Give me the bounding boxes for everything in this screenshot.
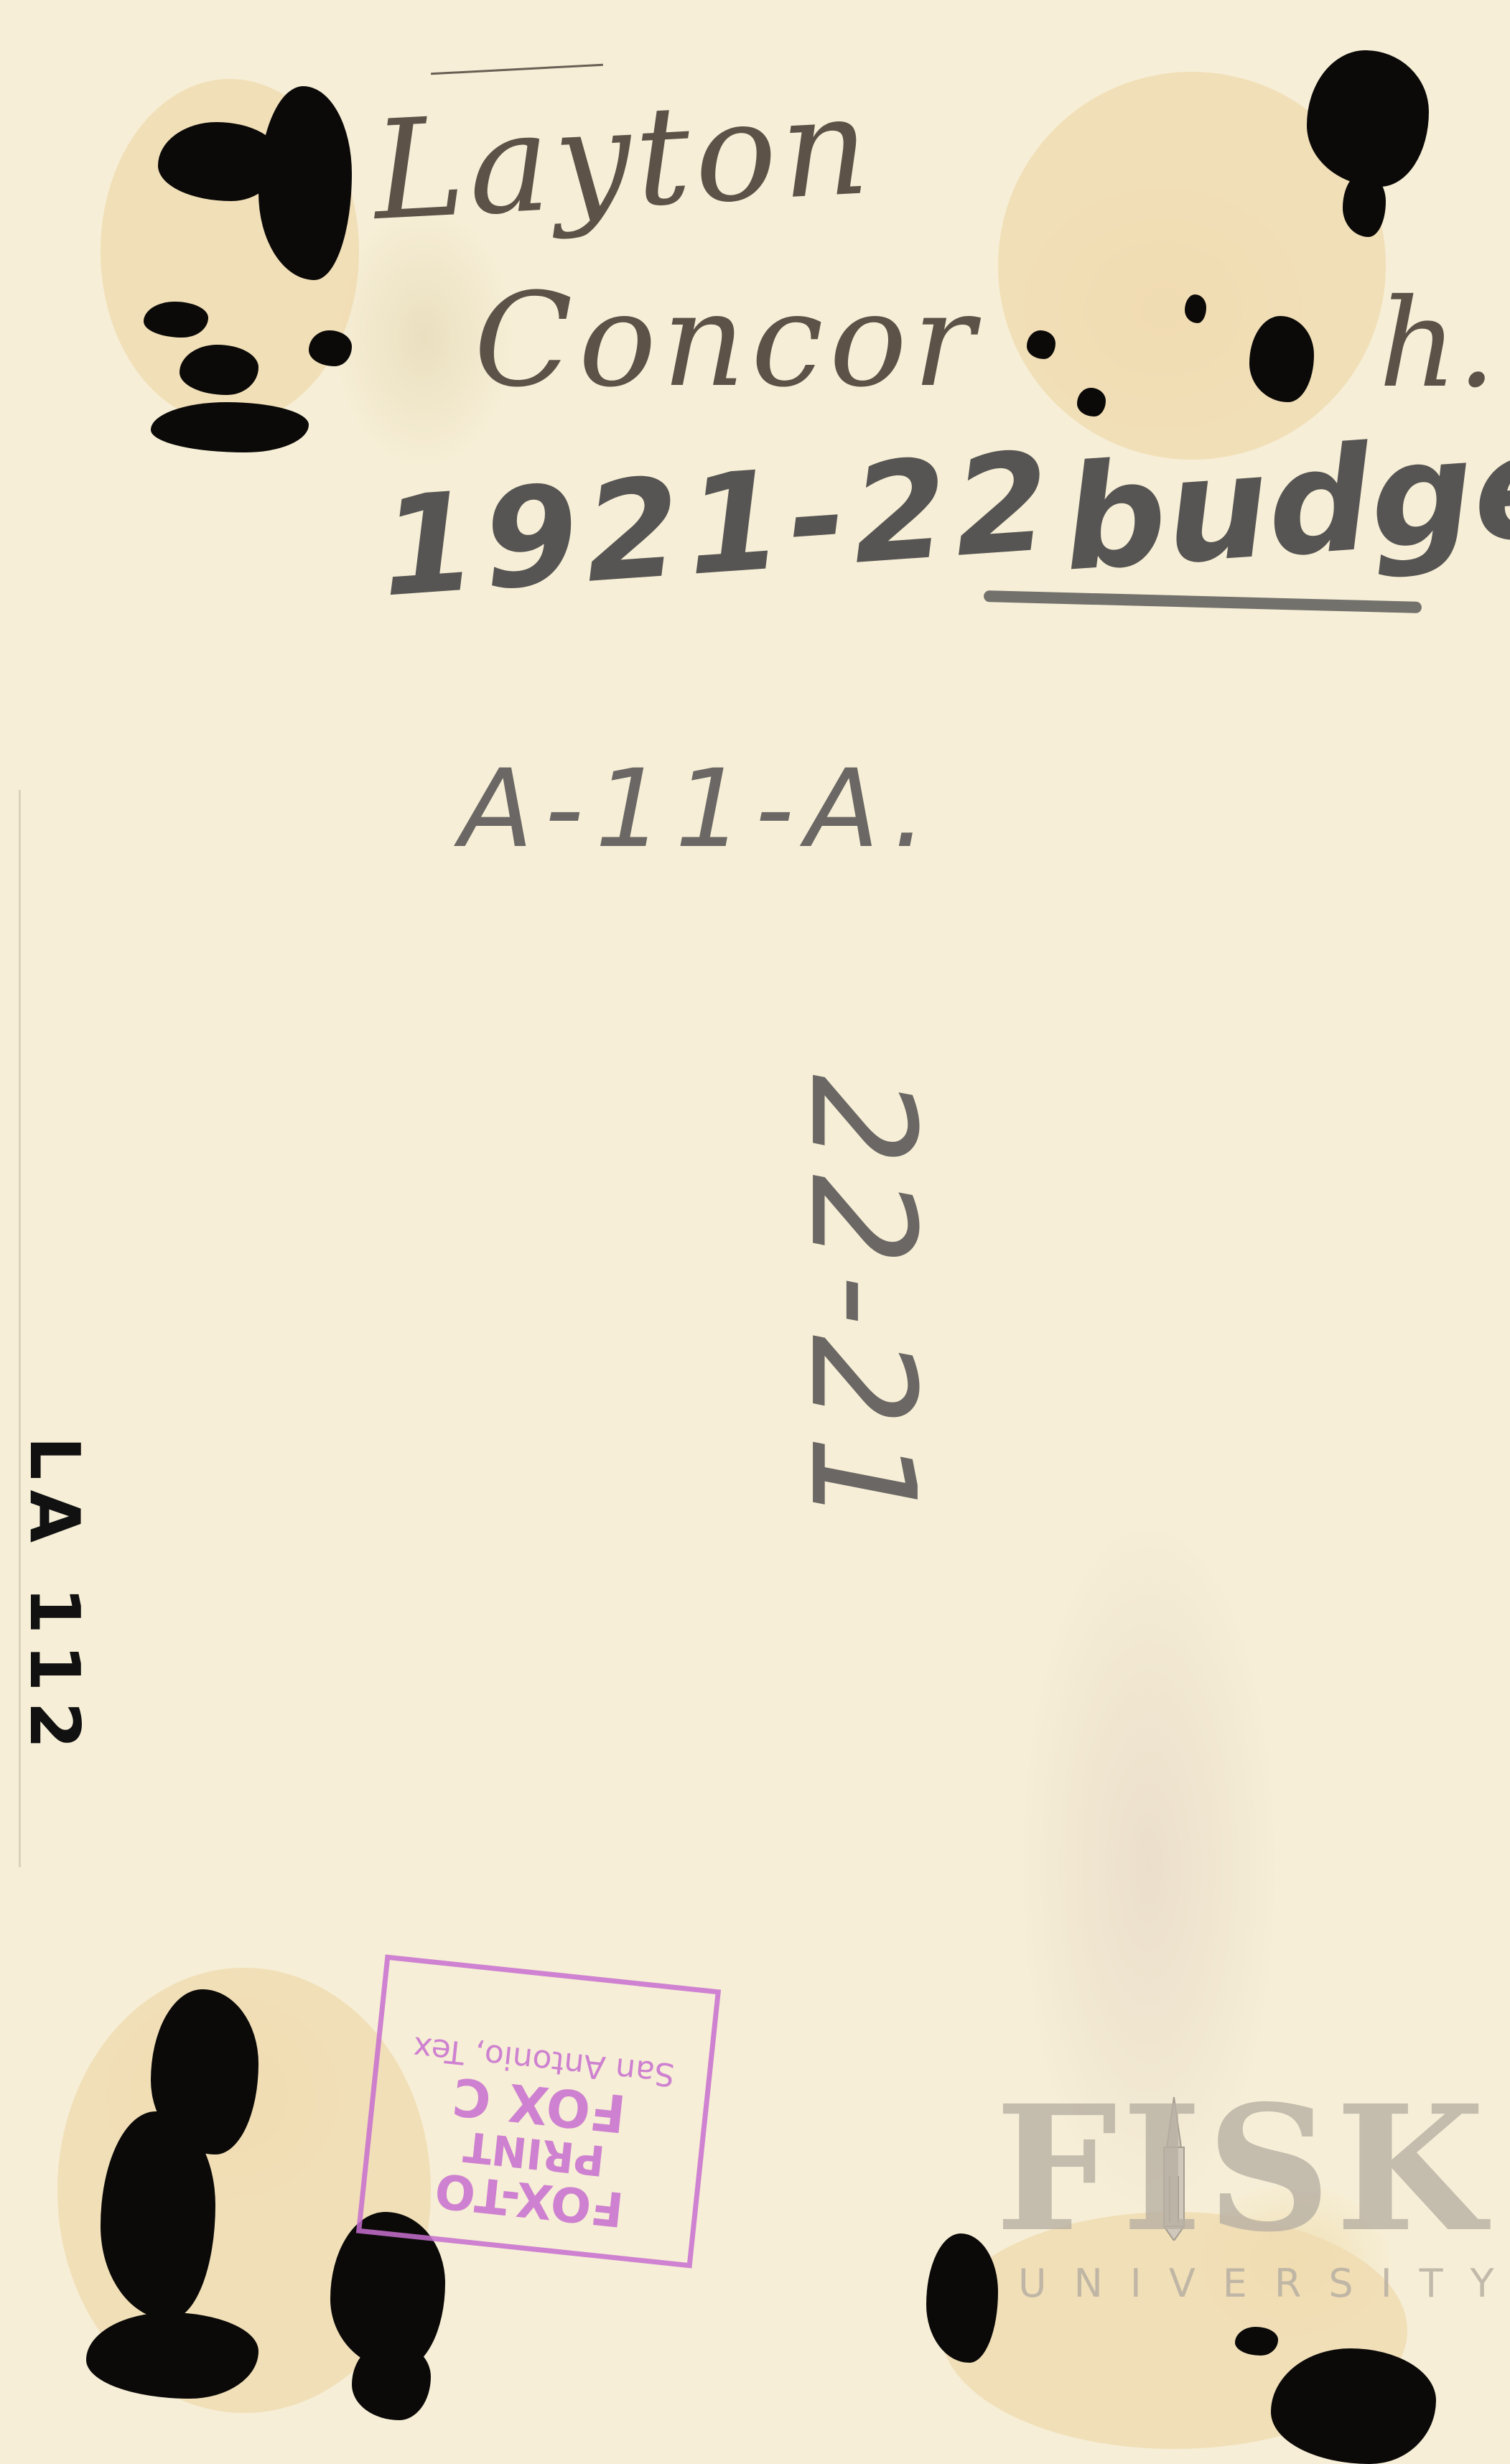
fisk-university-watermark: FISK UNIVERSITY xyxy=(991,2083,1493,2306)
pencil-rotated-number: 22-21 xyxy=(778,1074,946,1535)
call-number-label: LA 112 xyxy=(14,1436,93,1759)
handwritten-name: Layton xyxy=(370,66,877,251)
watermark-subtitle: UNIVERSITY xyxy=(1018,2261,1493,2306)
pencil-catalog-code: A-11-A. xyxy=(460,747,938,872)
mounting-glue-blot-top-left xyxy=(79,57,381,460)
photographer-stamp: FOX-TO PRINT FOX C San Antonio, Tex xyxy=(356,1955,721,2269)
mounting-glue-blot-top-right xyxy=(969,43,1436,474)
watermark-title: FISK xyxy=(991,2083,1493,2255)
handwritten-church-suffix: h. xyxy=(1379,273,1496,415)
handwritten-church-name: Concor xyxy=(474,266,980,416)
